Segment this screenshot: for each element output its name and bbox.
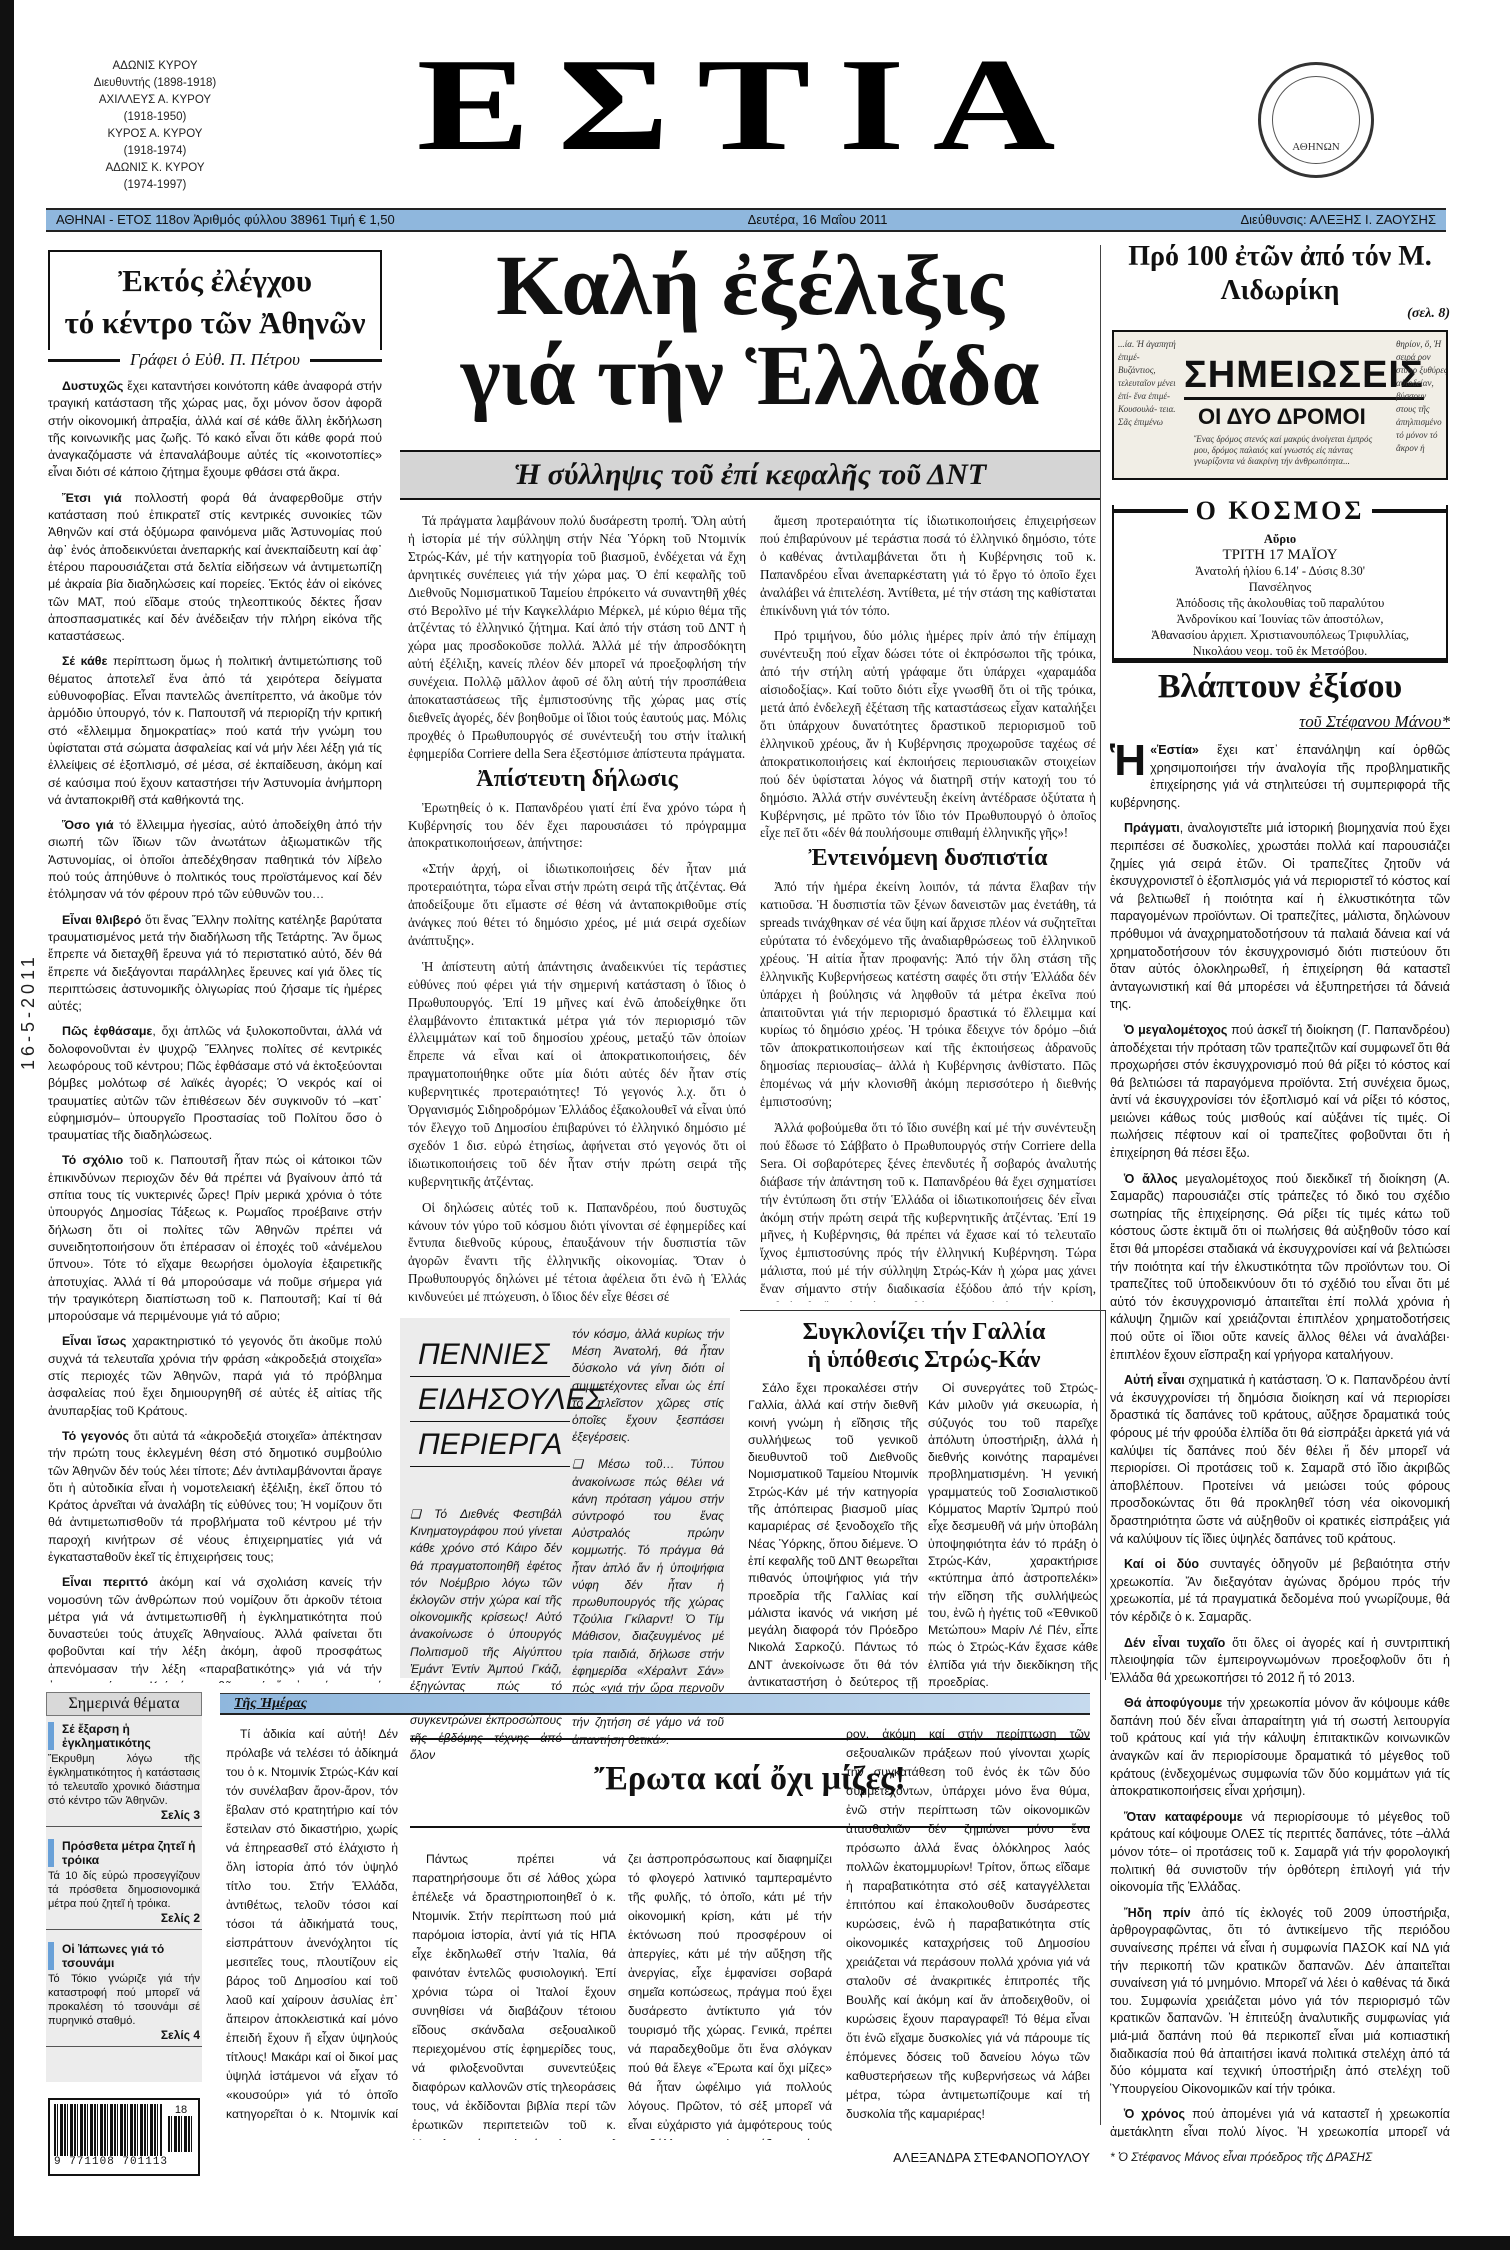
topic-page-link[interactable]: Σελίς 2 [48,1911,200,1925]
kosmos-title-text: Ο ΚΟΣΜΟΣ [1188,496,1373,526]
scan-edge [0,0,14,2250]
title-line: Ἐκτός ἐλέγχου [50,260,380,302]
dateline-bar: ΑΘΗΝΑΙ - ΕΤΟΣ 118ον Ἀριθμός φύλλου 38961… [46,208,1446,232]
left-article-title[interactable]: Ἐκτός ἐλέγχου τό κέντρο τῶν Ἀθηνῶν [48,250,382,350]
paragraph: Ὅταν καταφέρουμε νά περιορίσουμε τό μέγε… [1110,1809,1450,1897]
vertical-date-stamp: 16-5-2011 [18,950,38,1070]
clip-body: Ἕνας δρόμος στενός καί μακρύς ἀνοίγεται … [1194,434,1384,467]
todays-topics-box: Σημερινά θέματα Σέ ἔξαρση ἡ ἐγκληματικότ… [46,1692,202,2082]
clip-subtitle: ΟΙ ΔΥΟ ΔΡΟΜΟΙ [1198,404,1366,430]
headline-line: Συγκλονίζει τήν Γαλλία [744,1318,1104,1346]
clip-side-text: ...ία. Ἡ ἀγαπητή ἐπιμέ- Βυζάντιος, τελευ… [1118,338,1178,429]
clip-title: ΣΗΜΕΙΩΣΕΙΣ [1184,354,1424,400]
pennies-news-box: ΠΕΝΝΙΕΣ ΕΙΔΗΣΟΥΛΕΣ ΠΕΡΙΕΡΓΑ ❑ Τό Διεθνές… [400,1318,730,1678]
kosmos-line: Νικολάου νεομ. τοῦ ἐκ Μετσόβου. [1114,643,1446,659]
paragraph: Αὐτή εἶναι σχηματικά ἡ κατάσταση. Ὁ κ. Π… [1110,1372,1450,1548]
inline-subhead: Ἀπίστευτη δήλωσις [408,771,746,789]
main-story-col-1: Τά πράγματα λαμβάνουν πολύ δυσάρεστη τρο… [408,512,746,1302]
paragraph: Πῶς ἐφθάσαμε, ὄχι ἁπλῶς νά ξυλοκοποῦνται… [48,1023,382,1144]
topic-page-link[interactable]: Σελίς 3 [48,1808,200,1822]
paragraph: Ὁ μεγαλομέτοχος πού ἀσκεῖ τή διοίκηση (Γ… [1110,1022,1450,1163]
drop-cap: Ἡ [1110,742,1146,780]
tis-imeras-col-1: Τί ἀδικία καί αὐτή! Δέν πρόλαβε νά τελέσ… [226,1725,398,2125]
pennies-item: ❑ Τό Διεθνές Φεστιβάλ Κινηματογράφου πού… [410,1506,562,1764]
pennies-column-2: τόν κόσμο, ἀλλά κυρίως τήν Μέση Ἀνατολή,… [572,1326,724,1749]
main-subhead: Ἡ σύλληψις τοῦ ἐπί κεφαλῆς τοῦ ΔΝΤ [400,450,1100,500]
opinion-body: Ἡ«Ἑστία» ἔχει κατ᾽ ἐπανάληψη καί ὀρθῶς χ… [1110,742,1450,2137]
paragraph: Σέ κάθε περίπτωση ὅμως ἡ πολιτική ἀντιμε… [48,653,382,809]
newspaper-logo: ΕΣΤΙΑ [380,50,1120,159]
paragraph: Ἔτσι γιά πολλοστή φορά θά ἀναφερθοῦμε στ… [48,490,382,646]
paragraph: Οἱ δηλώσεις αὐτές τοῦ κ. Παπανδρέου, πού… [408,1199,746,1302]
editor-credit: Διεύθυνσις: ΑΛΕΞΗΣ Ι. ΖΑΟΥΣΗΣ [1240,210,1436,230]
paragraph: ἄμεση προτεραιότητα τίς ἰδιωτικοποιήσεις… [760,512,1096,619]
main-headline[interactable]: Καλή ἐξέλιξις γιά τήν Ἑλλάδα [400,240,1100,420]
barcode-issue-number: 18 [168,2104,194,2156]
kosmos-line: Ἀθανασίου ἀρχιεπ. Χριστιανουπόλεως Τριφυ… [1114,627,1446,643]
paragraph: Τό γεγονός ὅτι αὐτά τά «ἀκροδεξιά στοιχε… [48,1428,382,1566]
paragraph: Ὁ χρόνος πού ἀπομένει γιά νά καταστεῖ ἡ … [1110,2106,1450,2137]
pennies-title-line: ΠΕΝΝΙΕΣ [410,1334,570,1377]
paragraph: Ἡ«Ἑστία» ἔχει κατ᾽ ἐπανάληψη καί ὀρθῶς χ… [1110,742,1450,812]
gallia-headline[interactable]: Συγκλονίζει τήν Γαλλία ἡ ὑπόθεσις Στρώς-… [744,1318,1104,1374]
topic-title: Σέ ἔξαρση ἡ ἐγκληματικότης [48,1722,200,1750]
pennies-title: ΠΕΝΝΙΕΣ ΕΙΔΗΣΟΥΛΕΣ ΠΕΡΙΕΡΓΑ [410,1334,570,1469]
topic-desc: Τά 10 δίς εὐρώ προσεγγίζουν τά πρόσθετα … [48,1869,200,1911]
topic-desc: Τό Τόκιο γνώριζε γιά τήν καταστροφή πού … [48,1972,200,2028]
opinion-byline: τοῦ Στέφανου Μάνου* [1110,712,1450,732]
paragraph: Εἶναι ἴσως χαρακτηριστικό τό γεγονός ὅτι… [48,1333,382,1419]
paragraph: Τά πράγματα λαμβάνουν πολύ δυσάρεστη τρο… [408,512,746,763]
paragraph: Θά ἀποφύγουμε τήν χρεωκοπία μόνον ἄν κόψ… [1110,1695,1450,1801]
clip-side-text: θηρίον, ὅ, Ἡ σειρά ρον στυφρ ξυθύρες αὐτ… [1396,338,1448,455]
todays-topics-header: Σημερινά θέματα [46,1692,202,1716]
paragraph: Εἶναι θλιβερό ὅτι ἕνας Ἕλλην πολίτης κατ… [48,912,382,1016]
gallia-col-1: Σάλο ἔχει προκαλέσει στήν Γαλλία, ἀλλά κ… [748,1380,918,1709]
pennies-title-line: ΕΙΔΗΣΟΥΛΕΣ [410,1379,570,1422]
tis-imeras-col-2: Πάντως πρέπει νά παρατηρήσουμε ὅτι σέ λά… [412,1850,616,2140]
founder-years: (1918-1950) [80,109,230,126]
archive-clipping-image: ...ία. Ἡ ἀγαπητή ἐπιμέ- Βυζάντιος, τελευ… [1112,330,1448,480]
pro100-title[interactable]: Πρό 100 ἐτῶν ἀπό τόν Μ. Λιδωρίκη [1110,240,1450,308]
left-article-body: Δυστυχῶς ἔχει καταντήσει κοινότοπη κάθε … [48,378,382,1683]
paragraph: Εἶναι περιττό ἀκόμη καί νά σχολιάση κανε… [48,1574,382,1683]
pennies-item: τόν κόσμο, ἀλλά κυρίως τήν Μέση Ἀνατολή,… [572,1326,724,1446]
coin-seal-icon: ΑΘΗΝΩΝ [1258,62,1374,178]
column-divider [1100,245,1101,2125]
topic-page-link[interactable]: Σελίς 4 [48,2028,200,2042]
paragraph: Καί οἱ δύο συνταγές ὁδηγοῦν μέ βεβαιότητ… [1110,1556,1450,1626]
kosmos-line: Αὔριο [1114,531,1446,547]
paragraph: Ἤδη πρίν ἀπό τίς ἐκλογές τοῦ 2009 ὑποστή… [1110,1905,1450,2099]
tis-imeras-col-4: ρον, ἀκόμη καί στήν περίπτωση τῶν σεξουα… [846,1725,1090,2145]
kosmos-line: ΤΡΙΤΗ 17 ΜΑΪΟΥ [1114,547,1446,563]
gallia-col-2: Οἱ συνεργάτες τοῦ Στρώς-Κάν μιλοῦν γιά σ… [928,1380,1098,1691]
paragraph: Δυστυχῶς ἔχει καταντήσει κοινότοπη κάθε … [48,378,382,482]
issue-date: Δευτέρα, 16 Μαΐου 2011 [748,210,888,230]
page-reference: (σελ. 8) [1110,306,1450,322]
kosmos-line: Ἀνδρονίκου καί Ἰουνίας τῶν ἀποστόλων, [1114,611,1446,627]
kosmos-line: Ἀπόδοσις τῆς ἀκολουθίας τοῦ παραλύτου [1114,595,1446,611]
title-line: τό κέντρο τῶν Ἀθηνῶν [50,302,380,344]
kosmos-title: Ο ΚΟΣΜΟΣ [1112,496,1448,526]
paragraph: «Στήν ἀρχή, οἱ ἰδιωτικοποιήσεις δέν ἦταν… [408,860,746,950]
opinion-title[interactable]: Βλάπτουν ἐξίσου [1110,668,1450,706]
founder-years: (1974-1997) [80,177,230,194]
seal-text: ΑΘΗΝΩΝ [1292,141,1339,153]
founders-list: ΑΔΩΝΙΣ ΚΥΡΟΥ Διευθυντής (1898-1918) ΑΧΙΛ… [80,58,230,194]
barcode-bars [54,2104,162,2156]
topic-item[interactable]: Οἱ Ἰάπωνες γιά τό τσουνάμι Τό Τόκιο γνώρ… [46,1936,202,2047]
barcode-number: 9 771108 701113 [54,2156,194,2168]
topic-desc: Ἔκρυθμη λόγω τῆς ἐγκληματικότητος ἡ κατά… [48,1752,200,1808]
topic-title: Πρόσθετα μέτρα ζητεῖ ἡ τρόικα [48,1839,200,1867]
founder-name: ΚΥΡΟΣ Α. ΚΥΡΟΥ [80,126,230,143]
kosmos-box: Αὔριο ΤΡΙΤΗ 17 ΜΑΪΟΥ Ἀνατολή ἡλίου 6.14'… [1112,505,1448,663]
pennies-title-line: ΠΕΡΙΕΡΓΑ [410,1424,570,1467]
topic-title: Οἱ Ἰάπωνες γιά τό τσουνάμι [48,1942,200,1970]
founder-name: ΑΔΩΝΙΣ ΚΥΡΟΥ [80,58,230,75]
headline-line: Καλή ἐξέλιξις [400,240,1100,330]
paragraph: Πρό τριμήνου, δύο μόλις ἡμέρες πρίν ἀπό … [760,627,1096,842]
inline-subhead: Ἐντεινόμενη δυσπιστία [760,850,1096,868]
paragraph: Τό σχόλιο τοῦ κ. Παπουτσῆ ἦταν πώς οἱ κά… [48,1152,382,1325]
founder-name: ΑΧΙΛΛΕΥΣ Α. ΚΥΡΟΥ [80,92,230,109]
paragraph: Ἀλλά φοβούμεθα ὅτι τό ἴδιο συνέβη καί μέ… [760,1119,1096,1302]
left-article-byline: Γράφει ὁ Εὐθ. Π. Πέτρου [48,350,382,370]
founder-name: ΑΔΩΝΙΣ Κ. ΚΥΡΟΥ [80,160,230,177]
issue-info: ΑΘΗΝΑΙ - ΕΤΟΣ 118ον Ἀριθμός φύλλου 38961… [56,210,395,230]
author-signature: ΑΛΕΞΑΝΔΡΑ ΣΤΕΦΑΝΟΠΟΥΛΟΥ [850,2150,1090,2165]
founder-years: Διευθυντής (1898-1918) [80,75,230,92]
tis-imeras-col-3: ζει ἀσπροπρόσωπους καί διαφημίζει τό φλο… [628,1850,832,2140]
headline-line: ἡ ὑπόθεσις Στρώς-Κάν [744,1346,1104,1374]
topic-item[interactable]: Σέ ἔξαρση ἡ ἐγκληματικότης Ἔκρυθμη λόγω … [46,1716,202,1827]
paragraph: Ὁ ἄλλος μεγαλομέτοχος πού διεκδικεῖ τή δ… [1110,1171,1450,1365]
scan-edge [0,2236,1510,2250]
byline-text: Γράφει ὁ Εὐθ. Π. Πέτρου [120,350,310,370]
kosmos-line: Πανσέληνος [1114,579,1446,595]
paragraph: Ὅσο γιά τό ἔλλειμμα ἠγεσίας, αὐτό ἀποδεί… [48,817,382,903]
paragraph: Ἡ ἀπίστευτη αὐτή ἀπάντησις ἀναδεικνύει τ… [408,958,746,1191]
founder-years: (1918-1974) [80,143,230,160]
tis-imeras-band: Τῆς Ἡμέρας [220,1693,1090,1715]
main-story-col-2: ἄμεση προτεραιότητα τίς ἰδιωτικοποιήσεις… [760,512,1096,1302]
opinion-footnote: * Ὁ Στέφανος Μάνος εἶναι πρόεδρος τῆς ΔΡ… [1110,2150,1450,2164]
topic-item[interactable]: Πρόσθετα μέτρα ζητεῖ ἡ τρόικα Τά 10 δίς … [46,1833,202,1930]
kosmos-line: Ἀνατολή ἡλίου 6.14' - Δύσις 8.30' [1114,563,1446,579]
headline-line: γιά τήν Ἑλλάδα [400,330,1100,420]
barcode: 18 9 771108 701113 [48,2098,200,2176]
paragraph: Πράγματι, ἀναλογιστεῖτε μιά ἱστορική βιο… [1110,820,1450,1014]
paragraph: Ἀπό τήν ἡμέρα ἐκείνη λοιπόν, τά πάντα ἔλ… [760,878,1096,1111]
paragraph: Δέν εἶναι τυχαῖο ὅτι ὅλες οἱ ἀγορές καί … [1110,1635,1450,1688]
paragraph: Ἐρωτηθείς ὁ κ. Παπανδρέου γιατί ἐπί ἕνα … [408,799,746,853]
